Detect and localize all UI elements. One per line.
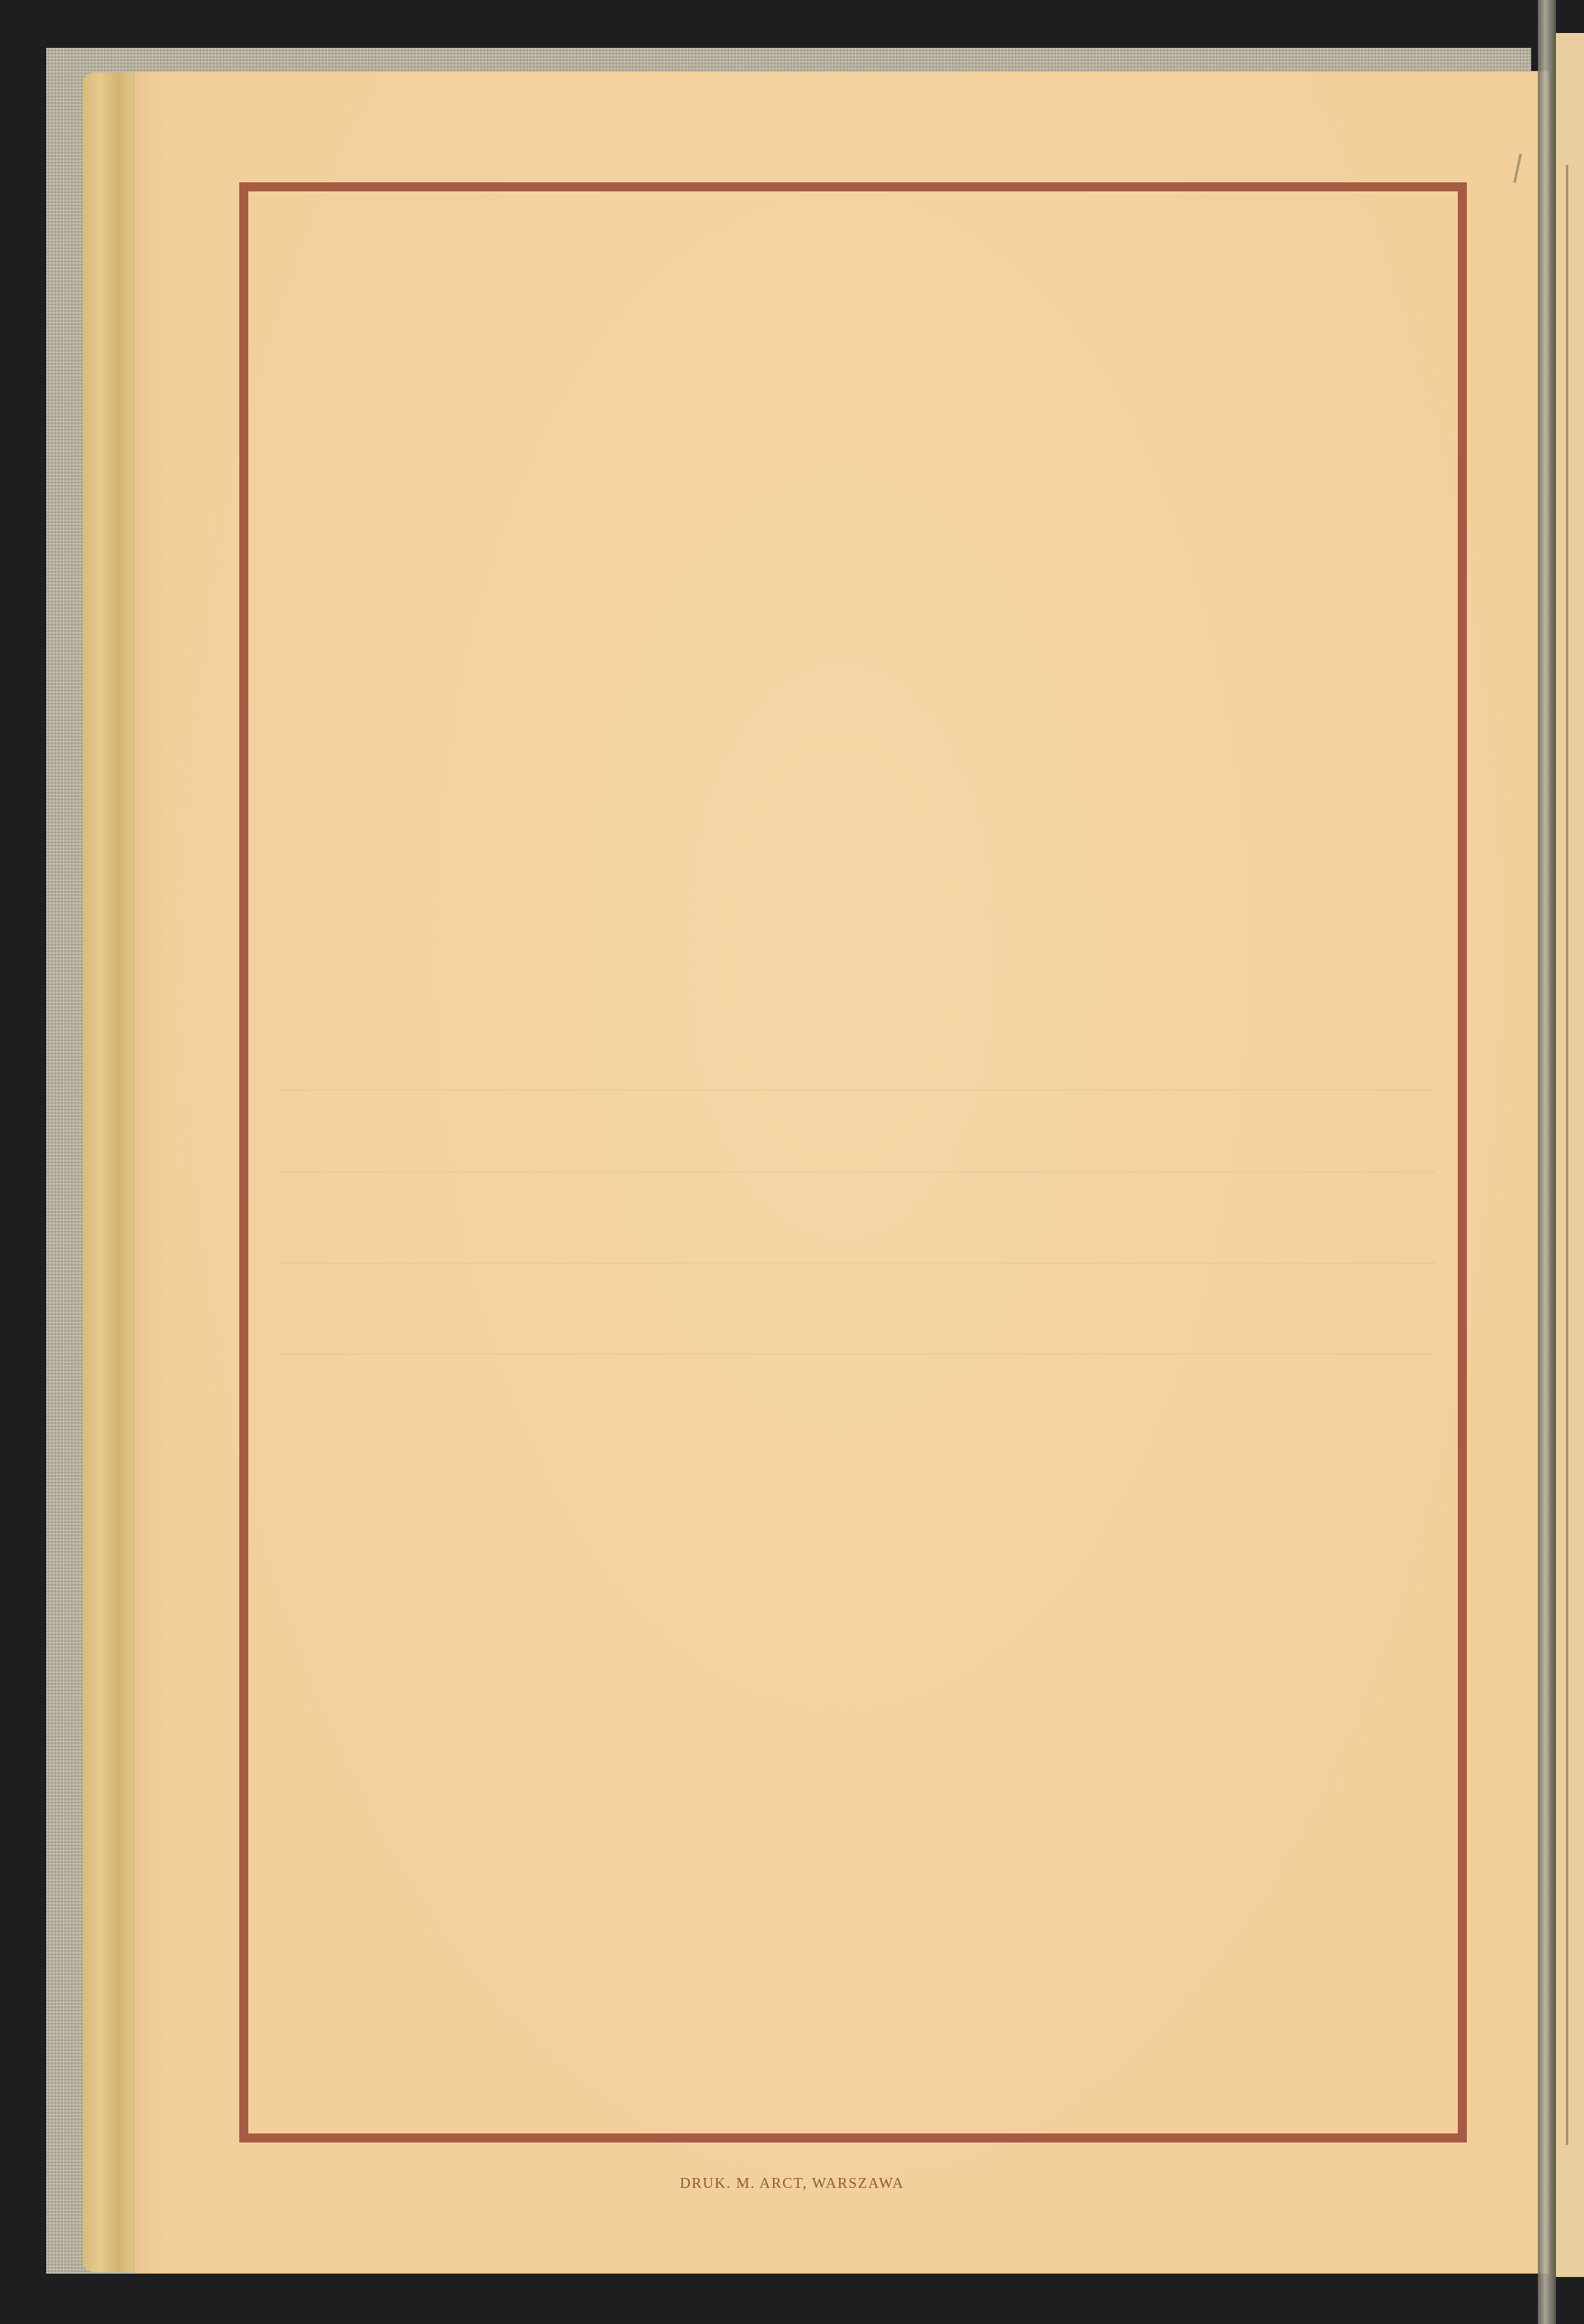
decorative-page-frame [239, 182, 1467, 2143]
printer-imprint: DRUK. M. ARCT, WARSZAWA [0, 2175, 1584, 2192]
book-gutter [1538, 0, 1556, 2324]
next-page-frame [1566, 165, 1584, 2145]
